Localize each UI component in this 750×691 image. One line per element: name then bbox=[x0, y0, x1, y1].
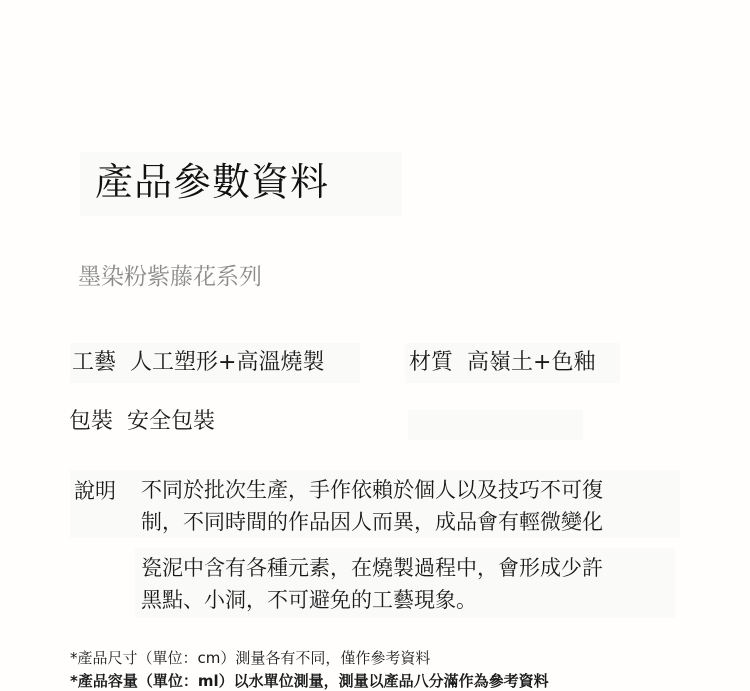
description-label: 說明 bbox=[74, 476, 116, 506]
spec-label: 工藝 bbox=[72, 350, 116, 375]
page-title: 產品參數資料 bbox=[95, 158, 329, 206]
spec-material: 材質高嶺土+色釉 bbox=[409, 349, 595, 377]
note-size: *產品尺寸（單位：cm）測量各有不同，僅作參考資料 bbox=[70, 648, 430, 668]
description-paragraph-1: 不同於批次生產，手作依賴於個人以及技巧不可復 制，不同時間的作品因人而異，成品會… bbox=[141, 474, 603, 538]
description-paragraph-2: 瓷泥中含有各種元素，在燒製過程中，會形成少許 黑點、小洞，不可避免的工藝現象。 bbox=[141, 552, 603, 616]
note-capacity: *產品容量（單位：ml）以水單位測量，測量以產品八分滿作為參考資料 bbox=[70, 671, 549, 691]
description-line: 黑點、小洞，不可避免的工藝現象。 bbox=[141, 584, 603, 616]
blank-patch bbox=[408, 410, 583, 440]
spec-value: 高嶺土+色釉 bbox=[467, 350, 595, 375]
spec-label: 材質 bbox=[409, 350, 453, 375]
spec-packaging: 包裝安全包裝 bbox=[69, 408, 215, 436]
spec-label: 包裝 bbox=[69, 409, 113, 434]
spec-value: 安全包裝 bbox=[127, 409, 215, 434]
spec-value: 人工塑形+高溫燒製 bbox=[130, 350, 324, 375]
spec-craft: 工藝人工塑形+高溫燒製 bbox=[72, 349, 324, 377]
description-line: 瓷泥中含有各種元素，在燒製過程中，會形成少許 bbox=[141, 552, 603, 584]
series-name: 墨染粉紫藤花系列 bbox=[78, 262, 262, 292]
description-line: 不同於批次生產，手作依賴於個人以及技巧不可復 bbox=[141, 474, 603, 506]
description-line: 制，不同時間的作品因人而異，成品會有輕微變化 bbox=[141, 506, 603, 538]
